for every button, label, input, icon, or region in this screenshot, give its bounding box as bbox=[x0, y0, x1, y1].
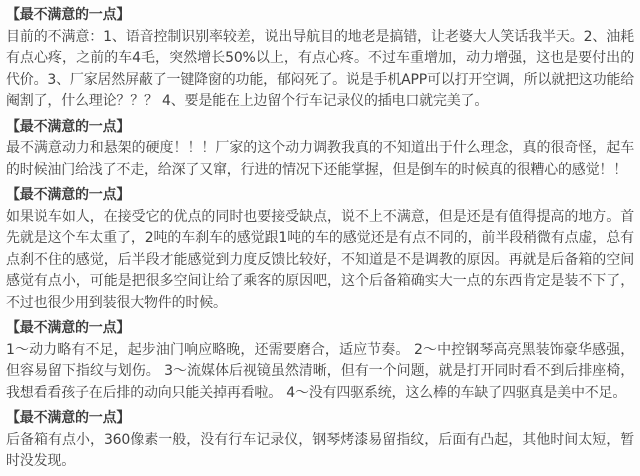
review-section: 【最不满意的一点】 后备箱有点小，360像素一般，没有行车记录仪，钢琴烤漆易留指… bbox=[6, 408, 634, 473]
section-body: 最不满意动力和悬架的硬度！！！厂家的这个动力调教我真的不知道出于什么理念，真的很… bbox=[6, 138, 634, 181]
review-section: 【最不满意的一点】 目前的不满意：1、语音控制识别率较差，说出导航目的地老是搞错… bbox=[6, 5, 634, 113]
review-section: 【最不满意的一点】 如果说车如人，在接受它的优点的同时也要接受缺点，说不上不满意… bbox=[6, 185, 634, 314]
section-body: 目前的不满意：1、语音控制识别率较差，说出导航目的地老是搞错，让老婆大人笑话我半… bbox=[6, 27, 634, 113]
review-section: 【最不满意的一点】 1～动力略有不足，起步油门响应略晚，还需要磨合，适应节奏。 … bbox=[6, 318, 634, 404]
section-heading: 【最不满意的一点】 bbox=[6, 117, 634, 139]
section-body: 后备箱有点小，360像素一般，没有行车记录仪，钢琴烤漆易留指纹，后面有凸起，其他… bbox=[6, 430, 634, 473]
review-section: 【最不满意的一点】 最不满意动力和悬架的硬度！！！厂家的这个动力调教我真的不知道… bbox=[6, 117, 634, 182]
section-body: 1～动力略有不足，起步油门响应略晚，还需要磨合，适应节奏。 2～中控钢琴高亮黑装… bbox=[6, 340, 634, 405]
section-heading: 【最不满意的一点】 bbox=[6, 408, 634, 430]
review-page: 【最不满意的一点】 目前的不满意：1、语音控制识别率较差，说出导航目的地老是搞错… bbox=[0, 0, 640, 476]
section-heading: 【最不满意的一点】 bbox=[6, 318, 634, 340]
section-heading: 【最不满意的一点】 bbox=[6, 185, 634, 207]
section-body: 如果说车如人，在接受它的优点的同时也要接受缺点，说不上不满意，但是还是有值得提高… bbox=[6, 207, 634, 315]
section-heading: 【最不满意的一点】 bbox=[6, 5, 634, 27]
